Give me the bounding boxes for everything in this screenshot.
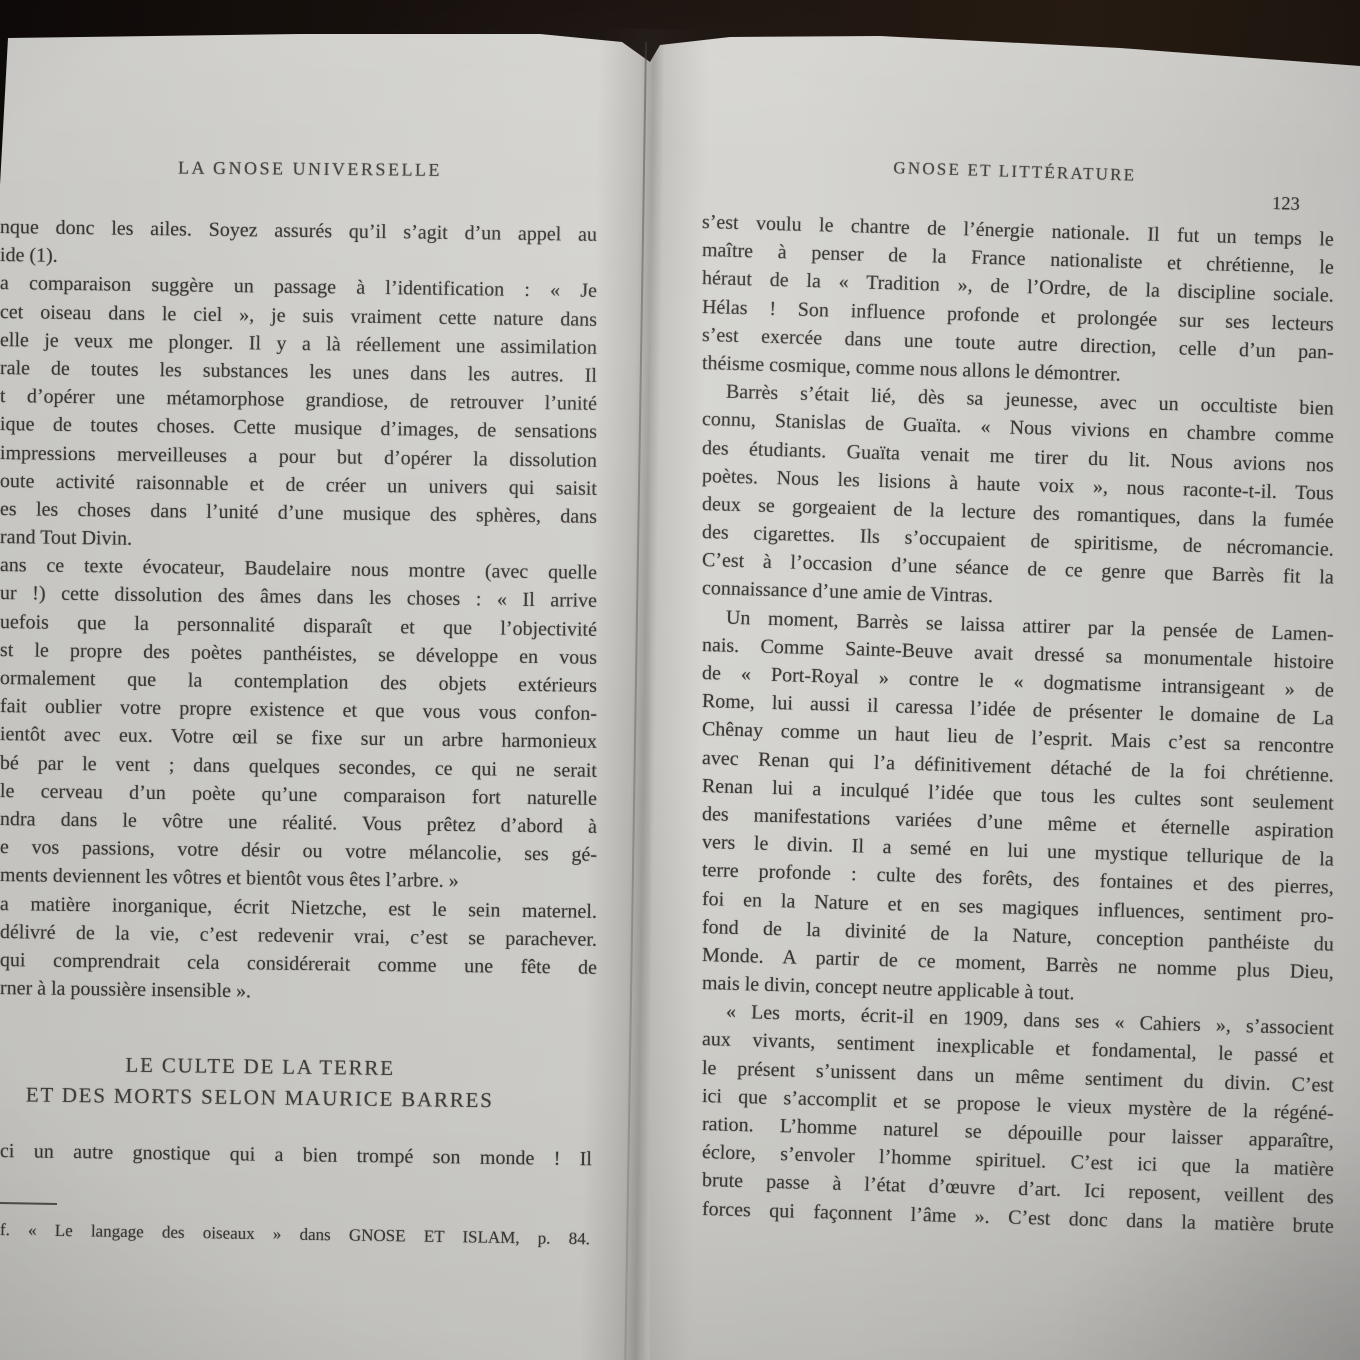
book-photo: 2 LA GNOSE UNIVERSELLE nque donc les ail… (0, 0, 1360, 1360)
right-page-body: s’est voulu le chantre de l’énergie nati… (702, 208, 1334, 1223)
book-gutter-shadow (579, 28, 710, 1360)
left-page-body: nque donc les ailes. Soyez assurés qu’il… (0, 213, 597, 1002)
section-heading: LE CULTE DE LA TERRE ET DES MORTS SELON … (0, 1048, 534, 1116)
section-heading-line-2: ET DES MORTS SELON MAURICE BARRES (0, 1079, 534, 1116)
